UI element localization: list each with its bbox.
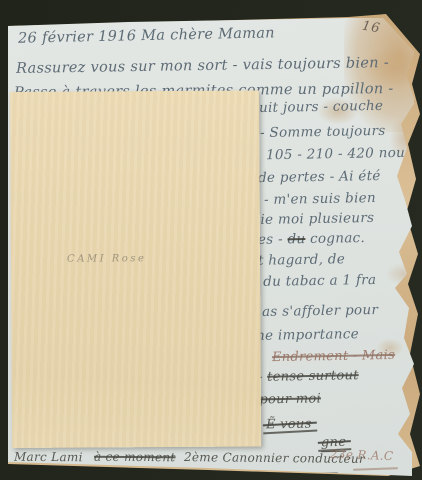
caption-struck-words: à ce moment	[94, 450, 176, 465]
overlay-pencil-note: CAMI Rose	[67, 253, 146, 264]
handwriting-line: Rassurez vous sur mon sort - vais toujou…	[16, 55, 389, 77]
text-fragment-with-strikeout: ves - du cognac.	[250, 230, 365, 248]
text-fragment: huit jours - couche	[250, 98, 384, 116]
text-fragment: oie moi plusieurs	[252, 210, 375, 228]
text-fragment: 105 - 210 - 420 nous	[266, 145, 413, 164]
page-number: 16	[361, 19, 382, 37]
pencil-fragment-struck: - tense surtout	[258, 368, 359, 385]
struck-words: tense surtout	[267, 368, 359, 385]
caption-unit: 23e R.A.C	[330, 447, 394, 463]
text-fragment: t hagard, de	[258, 251, 345, 269]
caption-name: Marc Lami	[14, 450, 83, 464]
struck-word: du	[287, 231, 305, 247]
cropped-stroke	[158, 470, 228, 474]
text-fragment: ne importance	[256, 326, 359, 344]
cropped-stroke	[353, 467, 398, 470]
text-fragment: de pertes - Ai été	[258, 168, 381, 186]
text-fragment: as s'affoler pour	[262, 302, 378, 320]
fragment-suffix: cognac.	[305, 230, 365, 247]
text-fragment: - Somme toujours	[260, 123, 386, 141]
text-fragment: - m'en suis bien	[264, 190, 376, 208]
scribbled-out-words: Ẽ vous	[266, 417, 312, 433]
handwriting-date-line: 26 février 1916 Ma chère Maman	[18, 25, 275, 46]
pencil-fragment-struck: Endrement - Mais	[272, 348, 395, 365]
scanned-letter-photo: 16 26 février 1916 Ma chère Maman Rassur…	[0, 0, 422, 480]
text-fragment: , du tabac a 1 fra	[254, 272, 377, 290]
overlay-sheet: CAMI Rose	[10, 90, 261, 448]
